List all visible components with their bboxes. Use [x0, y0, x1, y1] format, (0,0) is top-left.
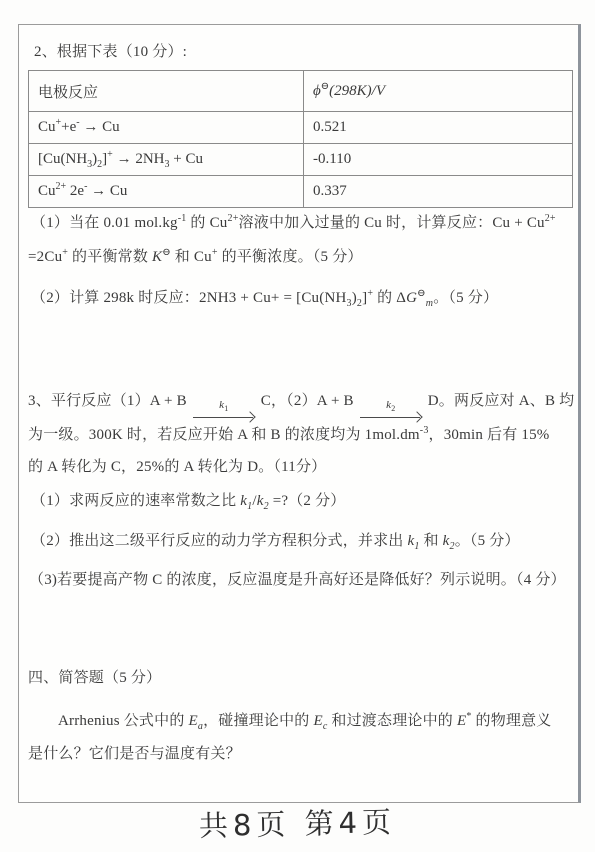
question-2-title: 2、根据下表（10 分）:: [34, 41, 187, 63]
question-3-sub3: （3)若要提高产物 C 的浓度，反应温度是升高好还是降低好？列示说明。（4 分）: [29, 569, 566, 591]
rate-constant-k1-label: k1: [219, 400, 228, 411]
question-2-sub2: （2）计算 298k 时反应：2NH3 + Cu+ = [Cu(NH3)2]+ …: [31, 287, 498, 309]
rate-constant-k2-label: k2: [386, 400, 395, 411]
table-header-row: 电极反应 ϕ⊖(298K)/V: [29, 71, 573, 112]
question-2-sub1-line1: （1）当在 0.01 mol.kg-1 的 Cu2+溶液中加入过量的 Cu 时，…: [31, 212, 556, 234]
handwritten-page-number: 共8页 第4页: [0, 798, 595, 850]
reaction-arrow-2: k2: [360, 400, 422, 421]
question-3-line1-text1: 3、平行反应（1）A + B: [28, 393, 187, 409]
scanned-exam-page: 2、根据下表（10 分）: 电极反应 ϕ⊖(298K)/V Cu++e- → C…: [0, 0, 595, 852]
header-cell-potential: ϕ⊖(298K)/V: [304, 71, 573, 112]
table-row: Cu++e- → Cu 0.521: [29, 112, 573, 144]
question-4-title: 四、简答题（5 分）: [28, 667, 161, 689]
question-3-line1-text2: C，（2）A + B: [261, 393, 354, 409]
reaction-arrow-1: k1: [193, 400, 255, 421]
reaction-cell: [Cu(NH3)2]+ → 2NH3 + Cu: [29, 144, 304, 176]
potential-cell: -0.110: [304, 144, 573, 176]
question-4-line1: Arrhenius 公式中的 Ea，碰撞理论中的 Ec 和过渡态理论中的 E* …: [58, 710, 552, 732]
question-3-line3: 的 A 转化为 C，25%的 A 转化为 D。（11分）: [28, 456, 326, 478]
potential-cell: 0.337: [304, 176, 573, 208]
question-2-sub1-line2: =2Cu+ 的平衡常数 K⊖ 和 Cu+ 的平衡浓度。（5 分）: [28, 246, 363, 268]
reaction-cell: Cu++e- → Cu: [29, 112, 304, 144]
question-3-sub2: （2）推出这二级平行反应的动力学方程积分式，并求出 k1 和 k2。（5 分）: [31, 530, 520, 552]
question-3-sub1: （1）求两反应的速率常数之比 k1/k2 =?（2 分）: [31, 490, 345, 512]
potential-cell: 0.521: [304, 112, 573, 144]
header-cell-reaction: 电极反应: [29, 71, 304, 112]
reaction-cell: Cu2+ 2e- → Cu: [29, 176, 304, 208]
table-row: [Cu(NH3)2]+ → 2NH3 + Cu -0.110: [29, 144, 573, 176]
question-3-line2: 为一级。300K 时，若反应开始 A 和 B 的浓度均为 1mol.dm-3，3…: [28, 424, 549, 446]
right-arrow-icon: [193, 412, 255, 421]
electrode-potential-table: 电极反应 ϕ⊖(298K)/V Cu++e- → Cu 0.521 [Cu(NH…: [28, 70, 573, 208]
question-3-line1: 3、平行反应（1）A + Bk1C，（2）A + Bk2D。两反应对 A、B 均: [28, 390, 574, 421]
question-3-line1-text3: D。两反应对 A、B 均: [428, 393, 575, 409]
table-row: Cu2+ 2e- → Cu 0.337: [29, 176, 573, 208]
right-arrow-icon: [360, 412, 422, 421]
question-4-line2: 是什么？它们是否与温度有关？: [28, 743, 241, 765]
